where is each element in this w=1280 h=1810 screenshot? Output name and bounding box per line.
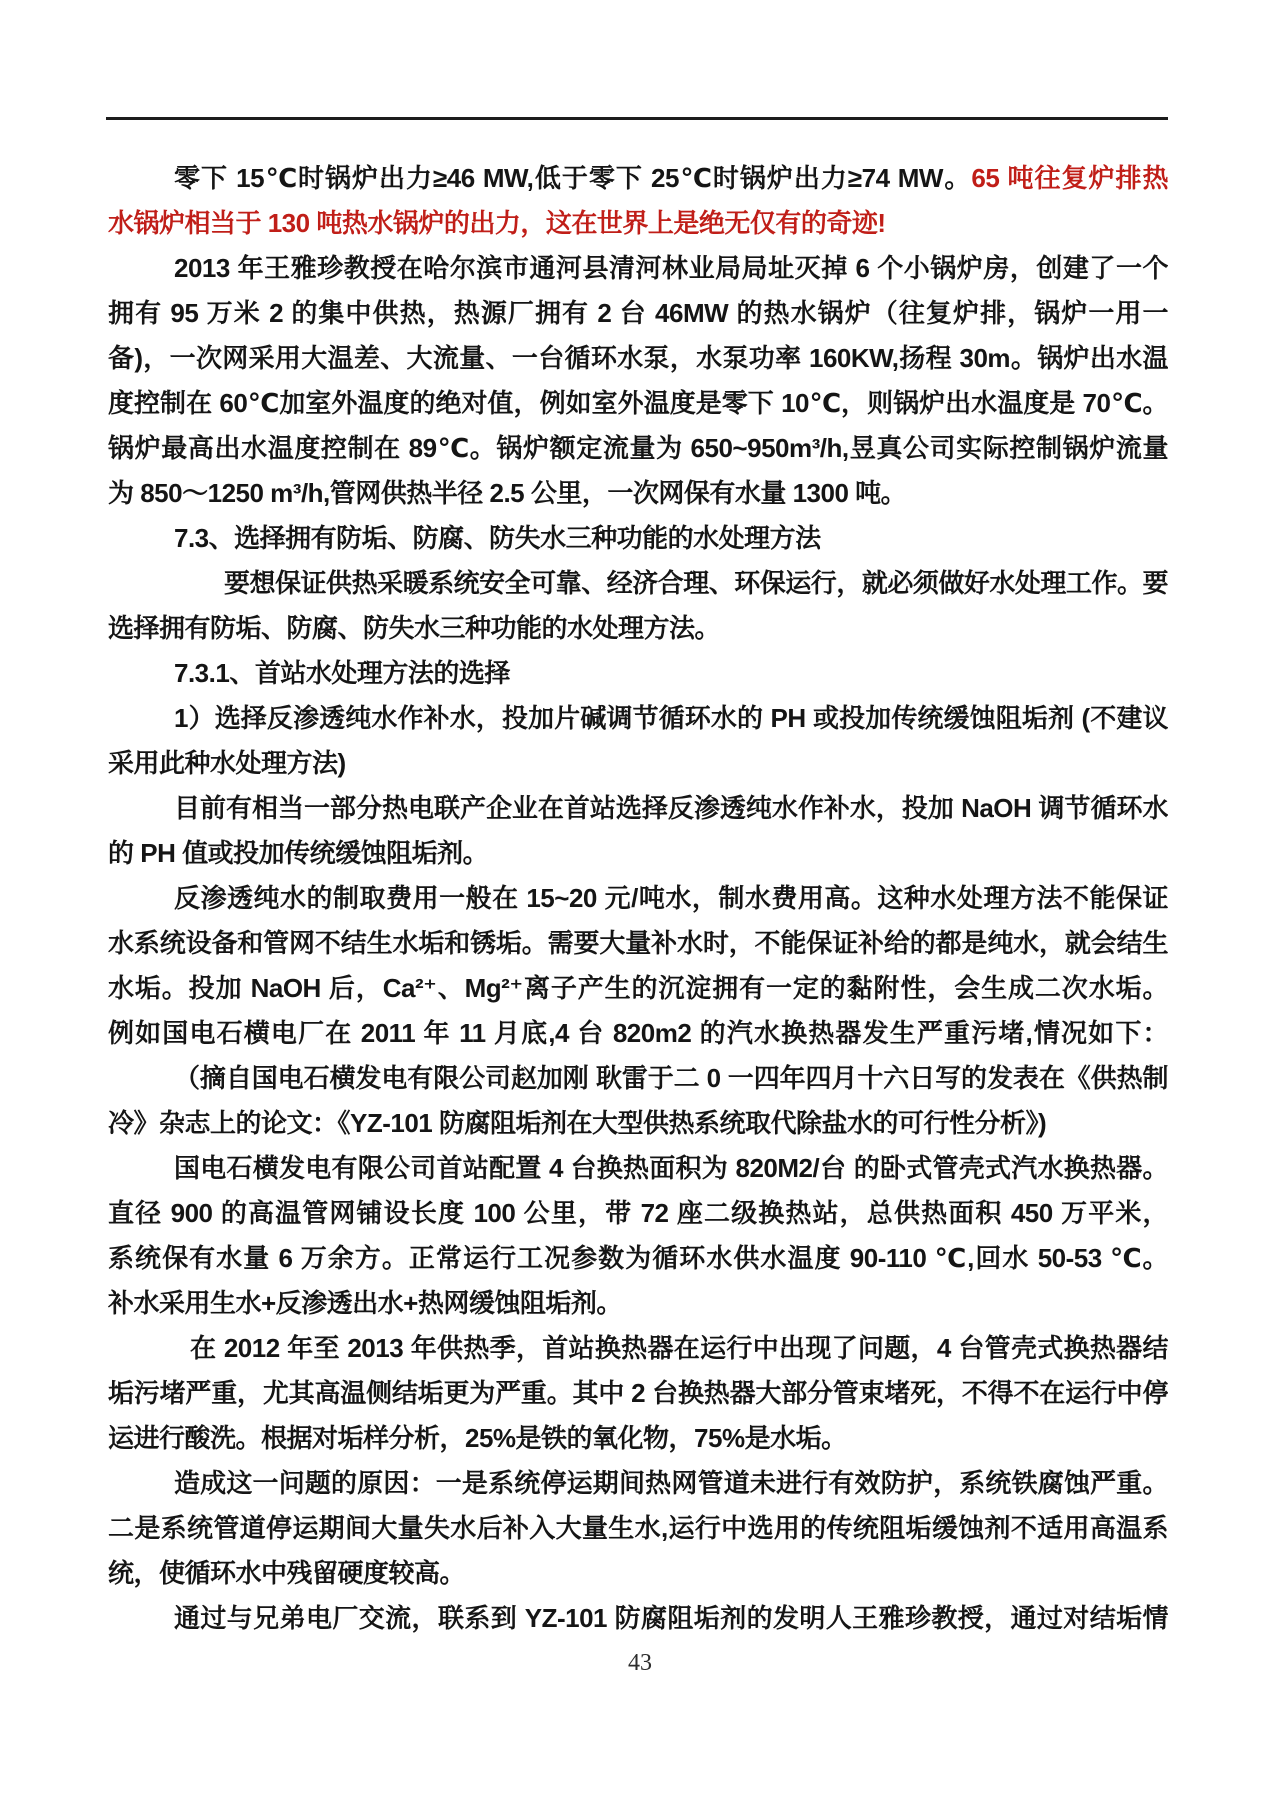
body-text: 7.3、选择拥有防垢、防腐、防失水三种功能的水处理方法	[174, 523, 821, 553]
text-line: 零下 15℃时锅炉出力≥46 MW,低于零下 25℃时锅炉出力≥74 MW。65…	[108, 156, 1168, 201]
text-line: 要想保证供热采暖系统安全可靠、经济合理、环保运行，就必须做好水处理工作。要	[108, 561, 1168, 606]
text-line: 在 2012 年至 2013 年供热季，首站换热器在运行中出现了问题，4 台管壳…	[108, 1326, 1168, 1371]
body-text: 补水采用生水+反渗透出水+热网缓蚀阻垢剂。	[108, 1288, 622, 1318]
text-line: 水垢。投加 NaOH 后，Ca²⁺、Mg²⁺离子产生的沉淀拥有一定的黏附性，会生…	[108, 966, 1168, 1011]
body-text: 例如国电石横电厂在 2011 年 11 月底,4 台 820m2 的汽水换热器发…	[108, 1018, 1168, 1048]
body-text: 要想保证供热采暖系统安全可靠、经济合理、环保运行，就必须做好水处理工作。要	[224, 568, 1168, 598]
body-text: 零下 15℃时锅炉出力≥46 MW,低于零下 25℃时锅炉出力≥74 MW。	[174, 163, 971, 193]
body-text: 水系统设备和管网不结生水垢和锈垢。需要大量补水时，不能保证补给的都是纯水，就会结…	[108, 928, 1168, 958]
body-text: 的 PH 值或投加传统缓蚀阻垢剂。	[108, 838, 488, 868]
body-text: 为 850～1250 m³/h,管网供热半径 2.5 公里，一次网保有水量 13…	[108, 478, 906, 508]
body-text: 7.3.1、首站水处理方法的选择	[174, 658, 510, 688]
text-line: 通过与兄弟电厂交流，联系到 YZ-101 防腐阻垢剂的发明人王雅珍教授，通过对结…	[108, 1596, 1168, 1641]
text-line: 度控制在 60℃加室外温度的绝对值，例如室外温度是零下 10℃，则锅炉出水温度是…	[108, 381, 1168, 426]
text-line: 运进行酸洗。根据对垢样分析，25%是铁的氧化物，75%是水垢。	[108, 1416, 1168, 1461]
body-text: 锅炉最高出水温度控制在 89℃。锅炉额定流量为 650~950m³/h,昱真公司…	[108, 433, 1168, 463]
text-line: 水锅炉相当于 130 吨热水锅炉的出力，这在世界上是绝无仅有的奇迹!	[108, 201, 1168, 246]
text-line: 反渗透纯水的制取费用一般在 15~20 元/吨水，制水费用高。这种水处理方法不能…	[108, 876, 1168, 921]
text-line: 直径 900 的高温管网铺设长度 100 公里，带 72 座二级换热站，总供热面…	[108, 1191, 1168, 1236]
text-line: 例如国电石横电厂在 2011 年 11 月底,4 台 820m2 的汽水换热器发…	[108, 1011, 1168, 1056]
highlighted-text: 水锅炉相当于 130 吨热水锅炉的出力，这在世界上是绝无仅有的奇迹!	[108, 208, 886, 238]
body-text: （摘自国电石横发电有限公司赵加刚 耿雷于二 0 一四年四月十六日写的发表在《供热…	[174, 1063, 1168, 1093]
body-text: 目前有相当一部分热电联产企业在首站选择反渗透纯水作补水，投加 NaOH 调节循环…	[174, 793, 1168, 823]
body-text: 系统保有水量 6 万余方。正常运行工况参数为循环水供水温度 90-110 ℃,回…	[108, 1243, 1168, 1273]
text-line: 的 PH 值或投加传统缓蚀阻垢剂。	[108, 831, 1168, 876]
text-line: 目前有相当一部分热电联产企业在首站选择反渗透纯水作补水，投加 NaOH 调节循环…	[108, 786, 1168, 831]
text-line: 1）选择反渗透纯水作补水，投加片碱调节循环水的 PH 或投加传统缓蚀阻垢剂 (不…	[108, 696, 1168, 741]
text-line: 系统保有水量 6 万余方。正常运行工况参数为循环水供水温度 90-110 ℃,回…	[108, 1236, 1168, 1281]
highlighted-text: 65 吨往复炉排热	[971, 163, 1168, 193]
text-line: 备)，一次网采用大温差、大流量、一台循环水泵，水泵功率 160KW,扬程 30m…	[108, 336, 1168, 381]
body-text: 备)，一次网采用大温差、大流量、一台循环水泵，水泵功率 160KW,扬程 30m…	[108, 343, 1168, 373]
document-page: 零下 15℃时锅炉出力≥46 MW,低于零下 25℃时锅炉出力≥74 MW。65…	[0, 0, 1280, 1810]
text-line: 采用此种水处理方法)	[108, 741, 1168, 786]
text-line: 7.3.1、首站水处理方法的选择	[108, 651, 1168, 696]
body-text: 1）选择反渗透纯水作补水，投加片碱调节循环水的 PH 或投加传统缓蚀阻垢剂 (不…	[174, 703, 1168, 733]
header-rule	[106, 117, 1168, 120]
body-text: 冷》杂志上的论文：《YZ-101 防腐阻垢剂在大型供热系统取代除盐水的可行性分析…	[108, 1108, 1046, 1138]
page-footer: 43	[0, 1648, 1280, 1678]
text-body: 零下 15℃时锅炉出力≥46 MW,低于零下 25℃时锅炉出力≥74 MW。65…	[108, 156, 1168, 1641]
text-line: 拥有 95 万米 2 的集中供热，热源厂拥有 2 台 46MW 的热水锅炉（往复…	[108, 291, 1168, 336]
body-text: 国电石横发电有限公司首站配置 4 台换热面积为 820M2/台 的卧式管壳式汽水…	[174, 1153, 1168, 1183]
page-number: 43	[628, 1650, 652, 1676]
text-line: 补水采用生水+反渗透出水+热网缓蚀阻垢剂。	[108, 1281, 1168, 1326]
text-line: 造成这一问题的原因：一是系统停运期间热网管道未进行有效防护，系统铁腐蚀严重。	[108, 1461, 1168, 1506]
body-text: 垢污堵严重，尤其高温侧结垢更为严重。其中 2 台换热器大部分管束堵死，不得不在运…	[108, 1378, 1168, 1408]
body-text: 采用此种水处理方法)	[108, 748, 346, 778]
text-line: 选择拥有防垢、防腐、防失水三种功能的水处理方法。	[108, 606, 1168, 651]
body-text: 在 2012 年至 2013 年供热季，首站换热器在运行中出现了问题，4 台管壳…	[190, 1333, 1168, 1363]
text-line: 二是系统管道停运期间大量失水后补入大量生水,运行中选用的传统阻垢缓蚀剂不适用高温…	[108, 1506, 1168, 1551]
body-text: 二是系统管道停运期间大量失水后补入大量生水,运行中选用的传统阻垢缓蚀剂不适用高温…	[108, 1513, 1168, 1543]
text-line: 为 850～1250 m³/h,管网供热半径 2.5 公里，一次网保有水量 13…	[108, 471, 1168, 516]
body-text: 直径 900 的高温管网铺设长度 100 公里，带 72 座二级换热站，总供热面…	[108, 1198, 1168, 1228]
text-line: 7.3、选择拥有防垢、防腐、防失水三种功能的水处理方法	[108, 516, 1168, 561]
text-line: 2013 年王雅珍教授在哈尔滨市通河县清河林业局局址灭掉 6 个小锅炉房，创建了…	[108, 246, 1168, 291]
body-text: 拥有 95 万米 2 的集中供热，热源厂拥有 2 台 46MW 的热水锅炉（往复…	[108, 298, 1168, 328]
body-text: 运进行酸洗。根据对垢样分析，25%是铁的氧化物，75%是水垢。	[108, 1423, 847, 1453]
body-text: 造成这一问题的原因：一是系统停运期间热网管道未进行有效防护，系统铁腐蚀严重。	[174, 1468, 1168, 1498]
body-text: 统，使循环水中残留硬度较高。	[108, 1558, 465, 1588]
body-text: 2013 年王雅珍教授在哈尔滨市通河县清河林业局局址灭掉 6 个小锅炉房，创建了…	[174, 253, 1168, 283]
body-text: 度控制在 60℃加室外温度的绝对值，例如室外温度是零下 10℃，则锅炉出水温度是…	[108, 388, 1168, 418]
text-line: 国电石横发电有限公司首站配置 4 台换热面积为 820M2/台 的卧式管壳式汽水…	[108, 1146, 1168, 1191]
text-line: 锅炉最高出水温度控制在 89℃。锅炉额定流量为 650~950m³/h,昱真公司…	[108, 426, 1168, 471]
body-text: 通过与兄弟电厂交流，联系到 YZ-101 防腐阻垢剂的发明人王雅珍教授，通过对结…	[174, 1603, 1168, 1633]
text-line: 水系统设备和管网不结生水垢和锈垢。需要大量补水时，不能保证补给的都是纯水，就会结…	[108, 921, 1168, 966]
body-text: 选择拥有防垢、防腐、防失水三种功能的水处理方法。	[108, 613, 720, 643]
text-line: 统，使循环水中残留硬度较高。	[108, 1551, 1168, 1596]
body-text: 水垢。投加 NaOH 后，Ca²⁺、Mg²⁺离子产生的沉淀拥有一定的黏附性，会生…	[108, 973, 1168, 1003]
body-text: 反渗透纯水的制取费用一般在 15~20 元/吨水，制水费用高。这种水处理方法不能…	[174, 883, 1168, 913]
text-line: 冷》杂志上的论文：《YZ-101 防腐阻垢剂在大型供热系统取代除盐水的可行性分析…	[108, 1101, 1168, 1146]
text-line: （摘自国电石横发电有限公司赵加刚 耿雷于二 0 一四年四月十六日写的发表在《供热…	[108, 1056, 1168, 1101]
text-line: 垢污堵严重，尤其高温侧结垢更为严重。其中 2 台换热器大部分管束堵死，不得不在运…	[108, 1371, 1168, 1416]
